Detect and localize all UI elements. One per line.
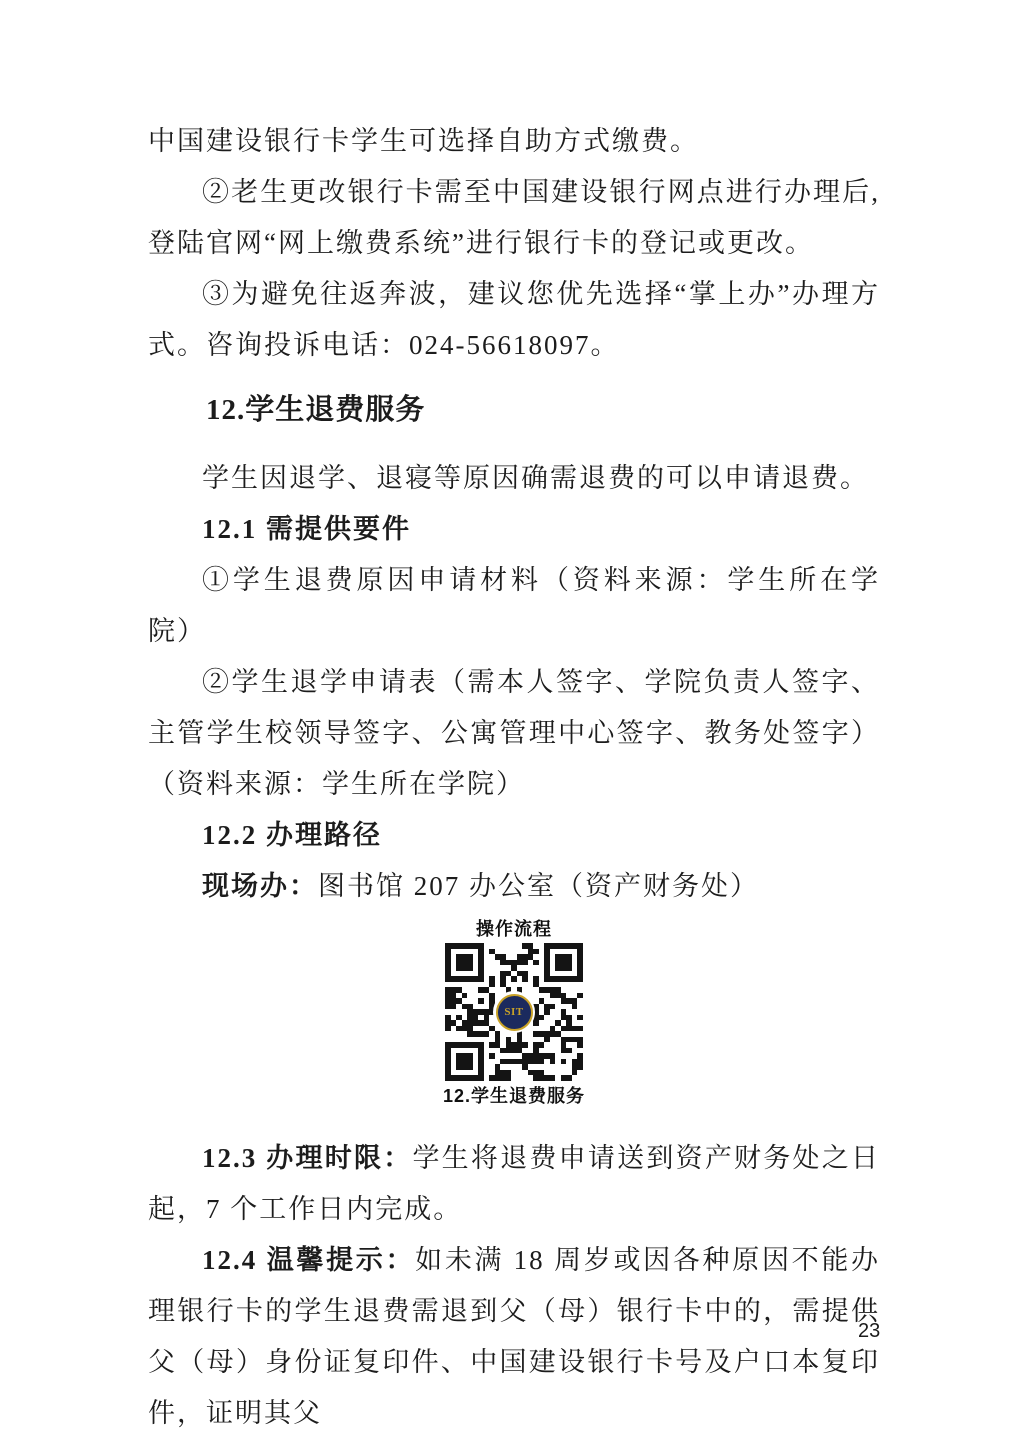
deadline-label: 12.3 办理时限： [202, 1143, 412, 1173]
subheading-12-1: 12.1 需提供要件 [148, 504, 880, 555]
document-page: 中国建设银行卡学生可选择自助方式缴费。 ②老生更改银行卡需至中国建设银行网点进行… [0, 0, 1024, 1448]
reminder-label: 12.4 温馨提示： [202, 1245, 415, 1275]
paragraph-continuation: 中国建设银行卡学生可选择自助方式缴费。 [148, 116, 880, 167]
paragraph-item-2-form: ②学生退学申请表（需本人签字、学院负责人签字、主管学生校领导签字、公寓管理中心签… [148, 657, 880, 810]
school-logo-text: SIT [496, 994, 533, 1031]
section-number: 12. [206, 394, 245, 426]
qr-caption: 12.学生退费服务 [148, 1085, 880, 1107]
qr-section: 操作流程 SIT 12.学生退费服务 [148, 918, 880, 1107]
onsite-label: 现场办： [202, 871, 318, 901]
paragraph-12-3: 12.3 办理时限：学生将退费申请送到资产财务处之日起，7 个工作日内完成。 [148, 1133, 880, 1235]
section-heading: 12.学生退费服务 [148, 387, 880, 433]
paragraph-intro: 学生因退学、退寝等原因确需退费的可以申请退费。 [148, 453, 880, 504]
paragraph-onsite-location: 现场办：图书馆 207 办公室（资产财务处） [148, 861, 880, 912]
paragraph-item-1-materials: ①学生退费原因申请材料（资料来源：学生所在学院） [148, 555, 880, 657]
qr-code: SIT [445, 943, 583, 1081]
page-number: 23 [858, 1320, 880, 1343]
school-logo: SIT [493, 991, 535, 1033]
section-title: 学生退费服务 [245, 394, 425, 426]
onsite-value: 图书馆 207 办公室（资产财务处） [318, 871, 759, 901]
paragraph-item-3: ③为避免往返奔波，建议您优先选择“掌上办”办理方式。咨询投诉电话：024-566… [148, 269, 880, 371]
subheading-12-2: 12.2 办理路径 [148, 810, 880, 861]
qr-label-top: 操作流程 [148, 918, 880, 940]
paragraph-item-2: ②老生更改银行卡需至中国建设银行网点进行办理后,登陆官网“网上缴费系统”进行银行… [148, 167, 880, 269]
paragraph-12-4: 12.4 温馨提示：如未满 18 周岁或因各种原因不能办理银行卡的学生退费需退到… [148, 1235, 880, 1439]
